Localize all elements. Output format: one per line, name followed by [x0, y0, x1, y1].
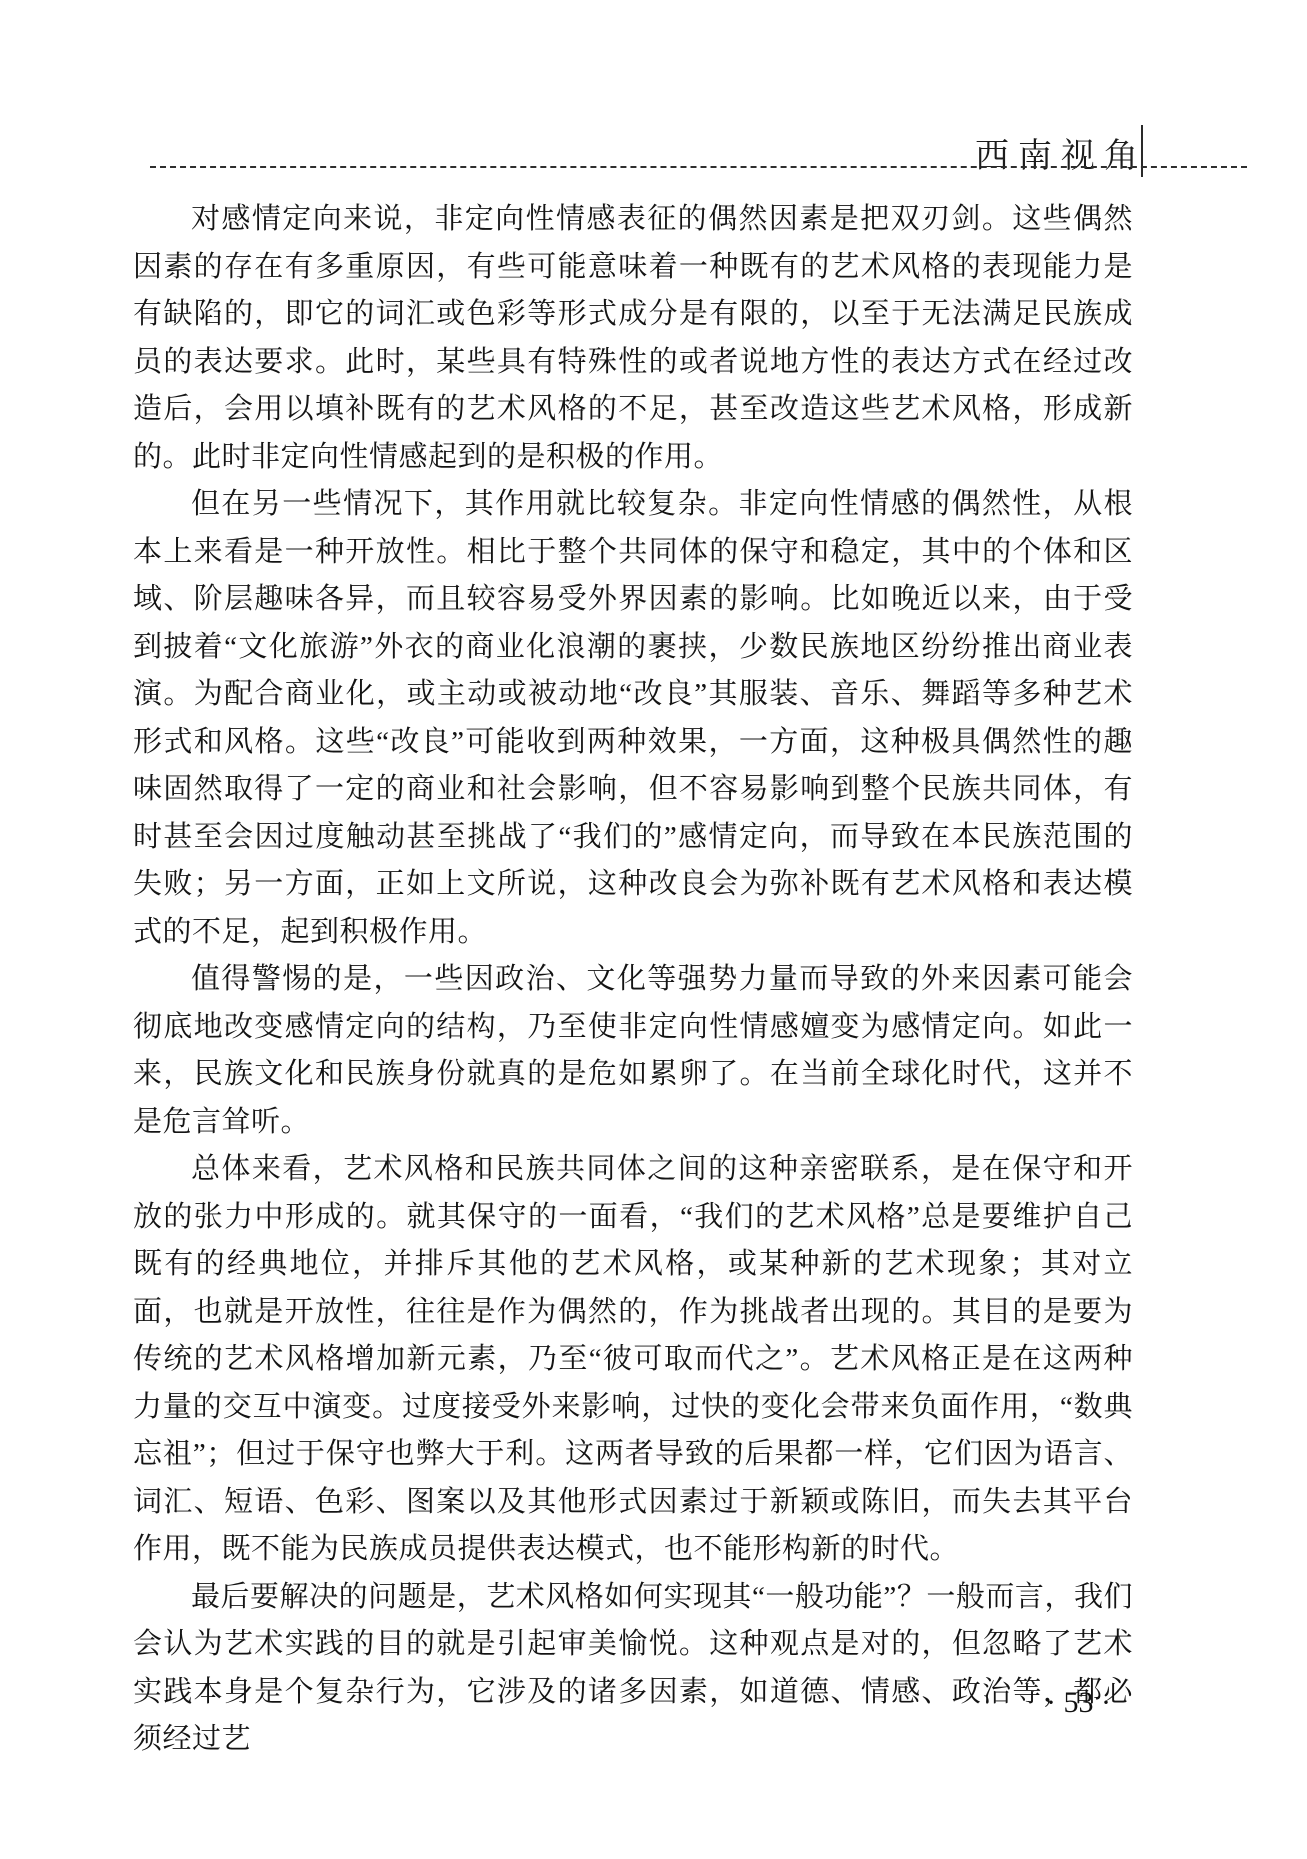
header-vertical-rule: [1141, 125, 1143, 177]
header-dashed-rule: [150, 166, 1247, 168]
running-header-title: 西南视角: [975, 128, 1145, 177]
paragraph: 总体来看，艺术风格和民族共同体之间的这种亲密联系，是在保守和开放的张力中形成的。…: [133, 1146, 1133, 1574]
page-number: · 53 ·: [133, 1686, 1111, 1720]
paragraph: 值得警惕的是，一些因政治、文化等强势力量而导致的外来因素可能会彻底地改变感情定向…: [133, 956, 1133, 1146]
paragraph: 但在另一些情况下，其作用就比较复杂。非定向性情感的偶然性，从根本上来看是一种开放…: [133, 481, 1133, 956]
body-text-column: 对感情定向来说，非定向性情感表征的偶然因素是把双刃剑。这些偶然因素的存在有多重原…: [133, 196, 1133, 1764]
document-page: 西南视角 对感情定向来说，非定向性情感表征的偶然因素是把双刃剑。这些偶然因素的存…: [0, 0, 1307, 1859]
paragraph: 最后要解决的问题是，艺术风格如何实现其“一般功能”？一般而言，我们会认为艺术实践…: [133, 1574, 1133, 1764]
paragraph: 对感情定向来说，非定向性情感表征的偶然因素是把双刃剑。这些偶然因素的存在有多重原…: [133, 196, 1133, 481]
